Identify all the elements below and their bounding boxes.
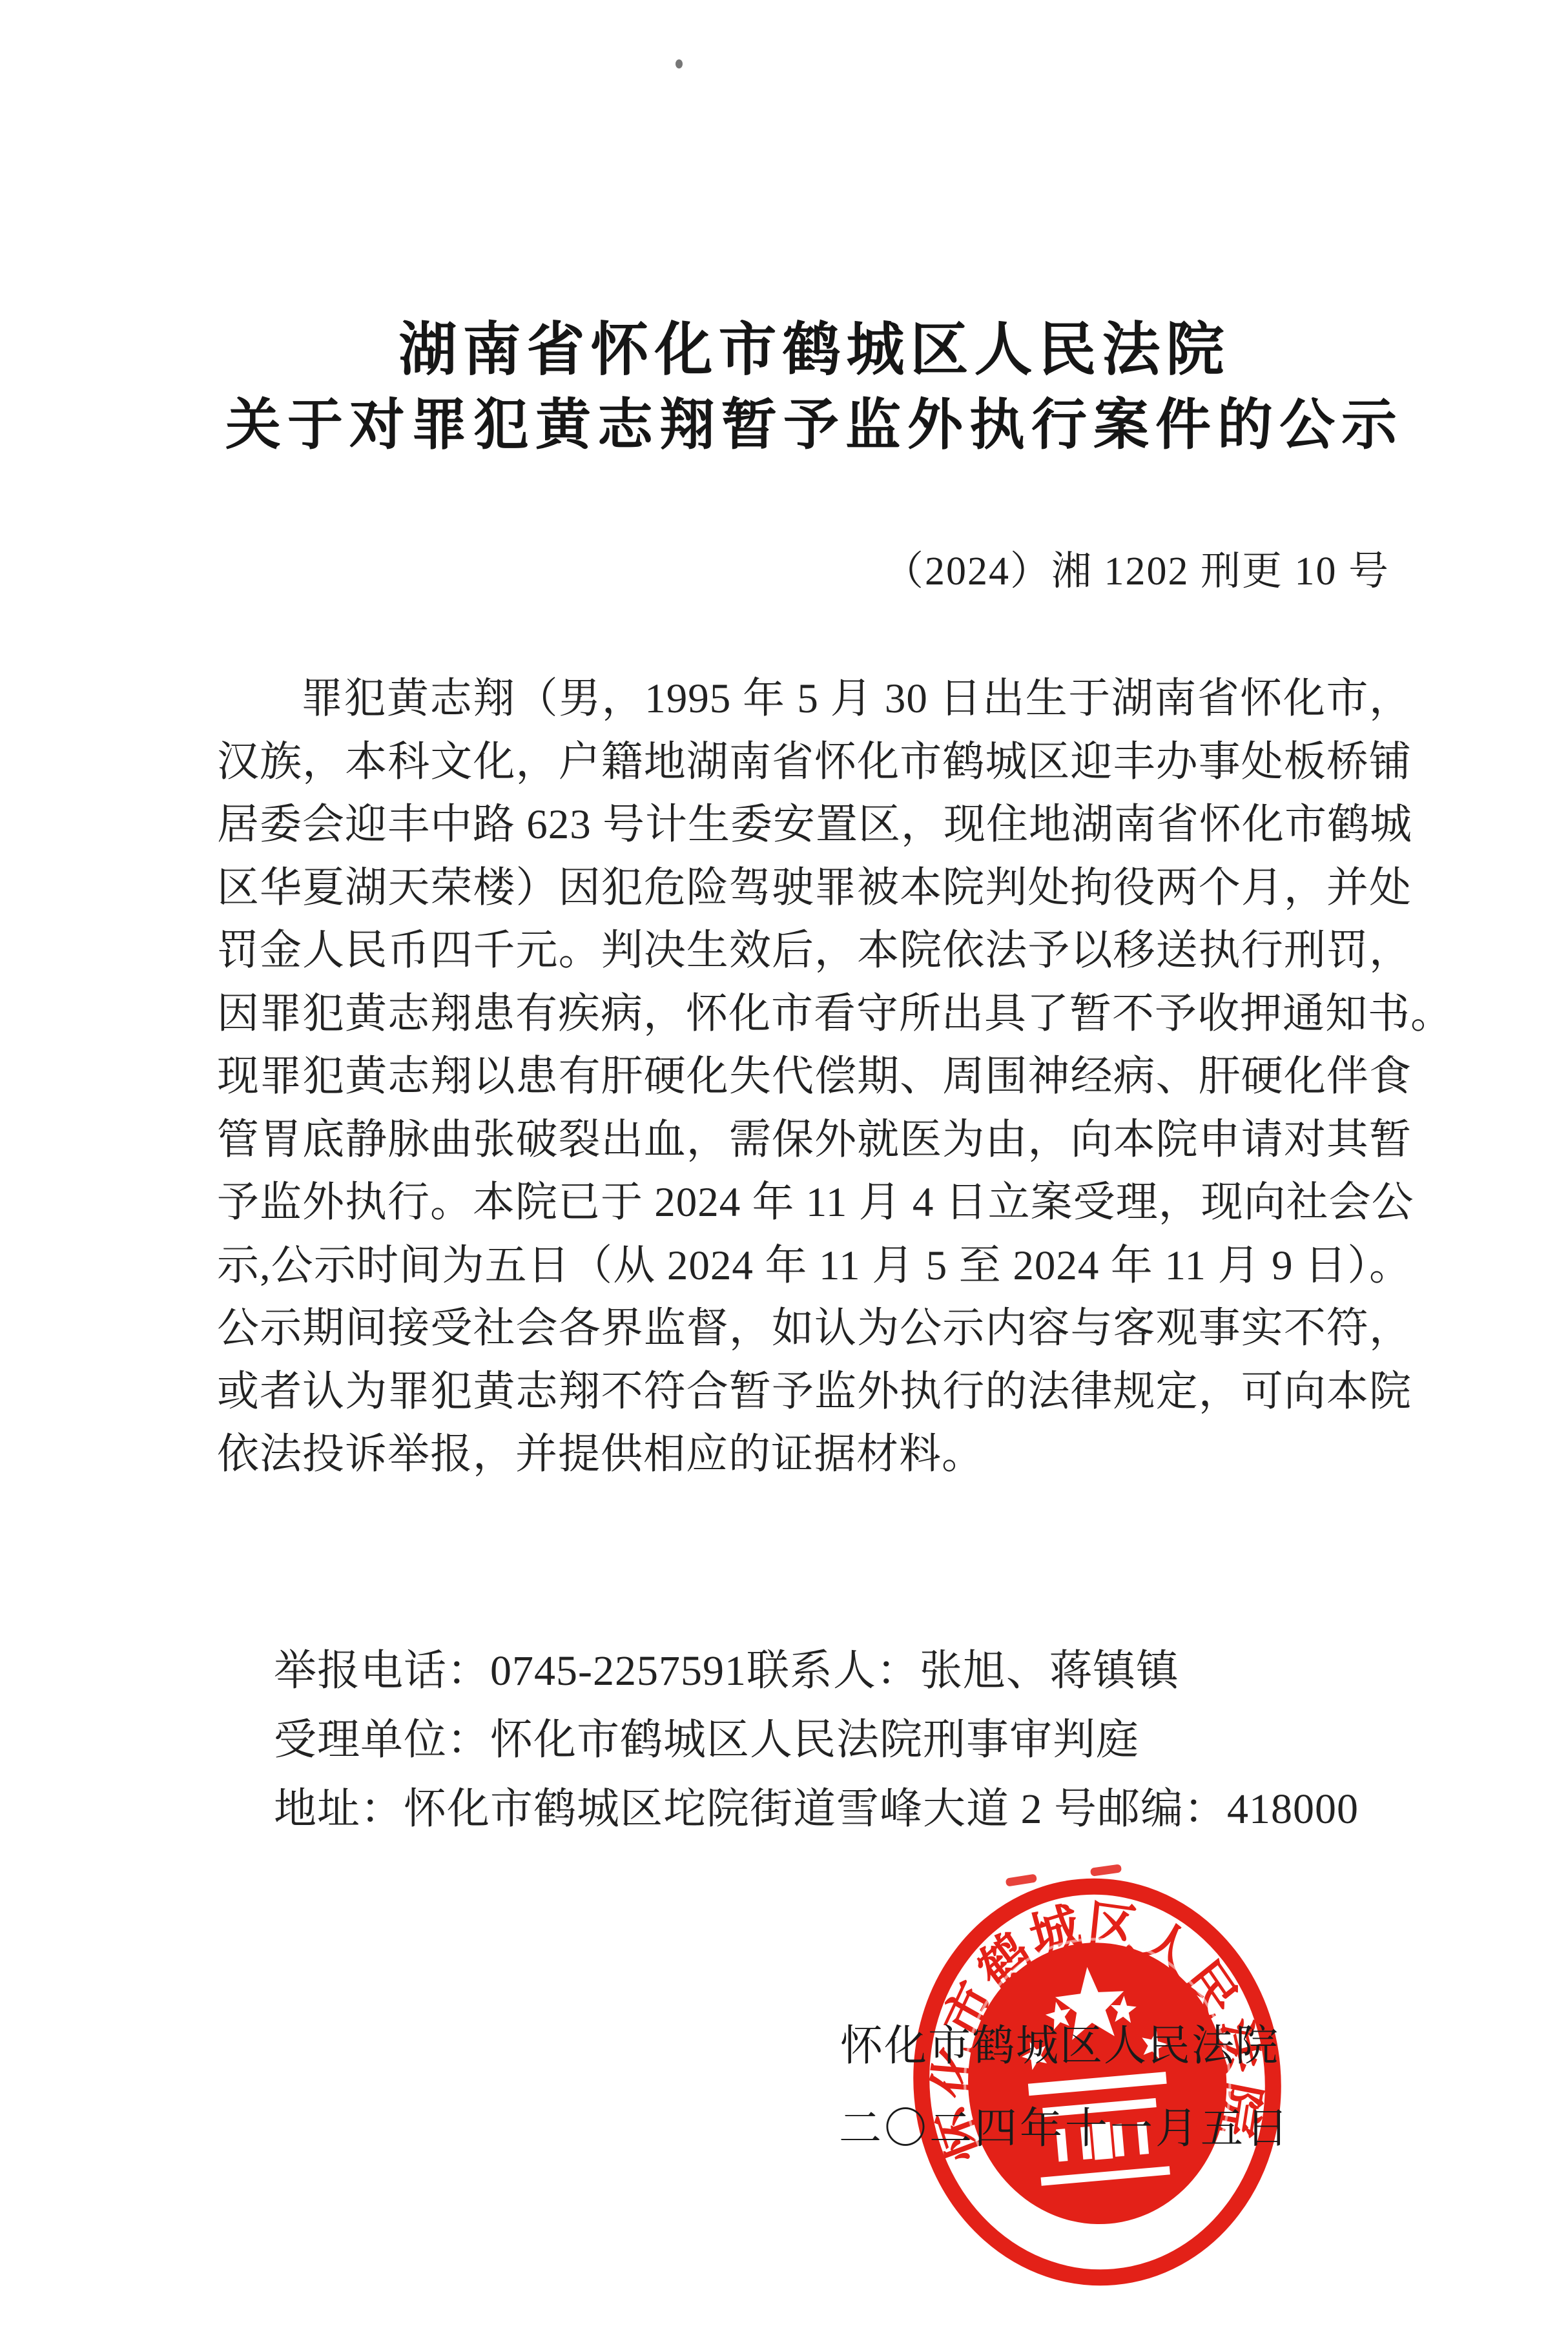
signature-date: 二〇二四年十一月五日 — [839, 2094, 1281, 2155]
page-title-notice: 关于对罪犯黄志翔暂予监外执行案件的公示 — [185, 380, 1444, 460]
body-line: 罪犯黄志翔（男，1995 年 5 月 30 日出生于湖南省怀化市， — [217, 668, 1412, 731]
accepting-unit-value: 怀化市鹤城区人民法院刑事审判庭 — [490, 1717, 1139, 1764]
contact-block: 举报电话：0745-2257591联系人：张旭、蒋镇镇 受理单位：怀化市鹤城区人… — [274, 1636, 1436, 1844]
body-line: 示,公示时间为五日（从 2024 年 11 月 5 至 2024 年 11 月 … — [217, 1235, 1412, 1298]
case-number: （2024）湘 1202 刑更 10 号 — [217, 539, 1412, 596]
body-line: 现罪犯黄志翔以患有肝硬化失代偿期、周围神经病、肝硬化伴食 — [217, 1046, 1412, 1109]
body-line: 罚金人民币四千元。判决生效后，本院依法予以移送执行刑罚， — [217, 920, 1412, 983]
address-line: 地址：怀化市鹤城区坨院街道雪峰大道 2 号邮编：418000 — [274, 1775, 1436, 1844]
address-value: 怀化市鹤城区坨院街道雪峰大道 2 号 — [404, 1786, 1097, 1833]
official-court-seal: 怀化市鹤城区人民法院 — [852, 1837, 1342, 2327]
body-line: 汉族，本科文化，户籍地湖南省怀化市鹤城区迎丰办事处板桥铺 — [217, 731, 1412, 794]
signature-court-name: 怀化市鹤城区人民法院 — [839, 2011, 1281, 2072]
postcode-label: 邮编： — [1097, 1786, 1227, 1833]
postcode-value: 418000 — [1227, 1786, 1359, 1833]
body-line: 区华夏湖天荣楼）因犯危险驾驶罪被本院判处拘役两个月，并处 — [217, 857, 1412, 920]
body-line: 依法投诉举报，并提供相应的证据材料。 — [217, 1423, 1412, 1487]
accepting-unit-label: 受理单位： — [274, 1717, 490, 1764]
report-phone-value: 0745-2257591 — [490, 1647, 747, 1695]
report-phone-label: 举报电话： — [274, 1647, 490, 1695]
page-title-court-name: 湖南省怀化市鹤城区人民法院 — [217, 302, 1412, 386]
seal-smudge — [1090, 1864, 1122, 1877]
body-line: 管胃底静脉曲张破裂出血，需保外就医为由，向本院申请对其暂 — [217, 1109, 1412, 1172]
body-line: 或者认为罪犯黄志翔不符合暂予监外执行的法律规定，可向本院 — [217, 1361, 1412, 1424]
seal-smudge — [1006, 1873, 1037, 1886]
contact-person-names: 张旭、蒋镇镇 — [920, 1647, 1179, 1695]
court-notice-page: 湖南省怀化市鹤城区人民法院 关于对罪犯黄志翔暂予监外执行案件的公示 （2024）… — [0, 0, 1568, 2330]
address-label: 地址： — [274, 1786, 404, 1833]
body-line: 居委会迎丰中路 623 号计生委安置区，现住地湖南省怀化市鹤城 — [217, 794, 1412, 857]
notice-body: 罪犯黄志翔（男，1995 年 5 月 30 日出生于湖南省怀化市， 汉族，本科文… — [217, 668, 1412, 1487]
body-line: 因罪犯黄志翔患有疾病，怀化市看守所出具了暂不予收押通知书。 — [217, 983, 1412, 1046]
scan-speck — [676, 59, 683, 68]
accepting-unit-line: 受理单位：怀化市鹤城区人民法院刑事审判庭 — [274, 1706, 1436, 1775]
report-phone-line: 举报电话：0745-2257591联系人：张旭、蒋镇镇 — [274, 1636, 1436, 1706]
body-line: 公示期间接受社会各界监督，如认为公示内容与客观事实不符， — [217, 1297, 1412, 1361]
contact-person-label: 联系人： — [747, 1647, 920, 1695]
body-line: 予监外执行。本院已于 2024 年 11 月 4 日立案受理，现向社会公 — [217, 1171, 1412, 1235]
